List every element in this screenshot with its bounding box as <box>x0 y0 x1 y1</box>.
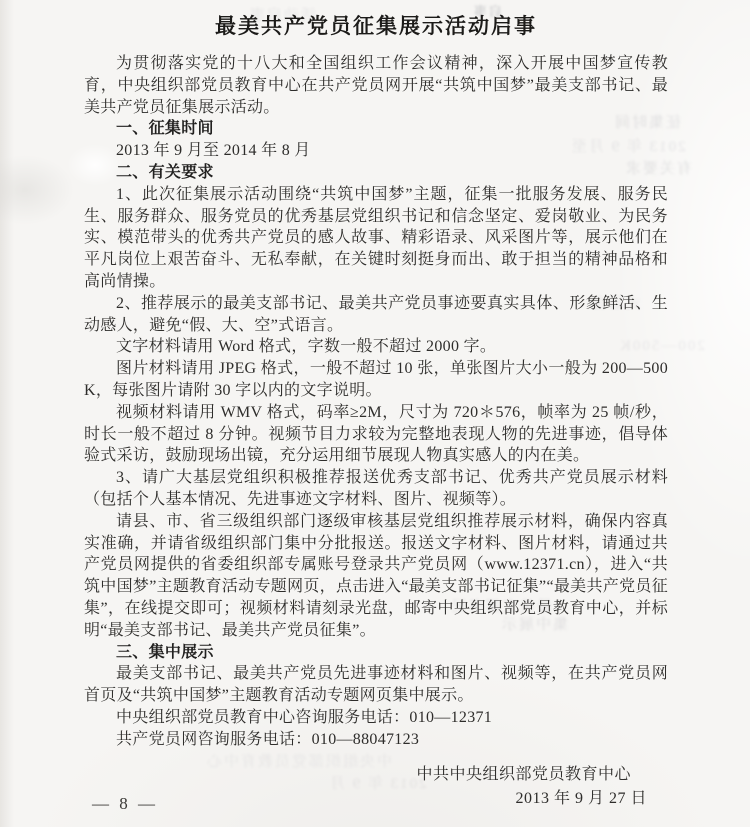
scanned-document-page: 活动启事 启事 征集时间 2013 年 9 月至 有关要求 式语言 200—50… <box>0 0 750 827</box>
requirement-item-2: 2、推荐展示的最美支部书记、最美共产党员事迹要真实具体、形象鲜活、生动感人，避免… <box>84 293 668 337</box>
section-heading-2: 二、有关要求 <box>84 162 668 184</box>
hotline-website: 共产党员网咨询服务电话：010—88047123 <box>84 729 668 751</box>
signature-date: 2013 年 9 月 27 日 <box>84 787 668 811</box>
hotline-center: 中央组织部党员教育中心咨询服务电话：010—12371 <box>84 707 668 729</box>
document-content: 最美共产党员征集展示活动启事 为贯彻落实党的十八大和全国组织工作会议精神，深入开… <box>84 6 668 811</box>
wmv-format-note: 视频材料请用 WMV 格式，码率≥2M，尺寸为 720＊576，帧率为 25 帧… <box>84 402 668 467</box>
jpeg-format-note: 图片材料请用 JPEG 格式，一般不超过 10 张，单张图片大小一般为 200—… <box>84 358 668 402</box>
section-heading-3: 三、集中展示 <box>84 642 668 664</box>
signature-block: 中共中央组织部党员教育中心 2013 年 9 月 27 日 <box>84 763 668 811</box>
page-number: — 8 — <box>92 794 158 814</box>
collection-period: 2013 年 9 月至 2014 年 8 月 <box>84 140 668 162</box>
word-format-note: 文字材料请用 Word 格式，字数一般不超过 2000 字。 <box>84 336 668 358</box>
signature-org: 中共中央组织部党员教育中心 <box>84 763 668 787</box>
requirement-item-3: 3、请广大基层党组织积极推荐报送优秀支部书记、优秀共产党员展示材料（包括个人基本… <box>84 467 668 511</box>
submission-procedure: 请县、市、省三级组织部门逐级审核基层党组织推荐展示材料，确保内容真实准确，并请省… <box>84 511 668 642</box>
requirement-item-1: 1、此次征集展示活动围绕“共筑中国梦”主题，征集一批服务发展、服务民生、服务群众… <box>84 184 668 293</box>
document-title: 最美共产党员征集展示活动启事 <box>84 10 668 40</box>
intro-paragraph: 为贯彻落实党的十八大和全国组织工作会议精神，深入开展中国梦宣传教育，中央组织部党… <box>84 53 668 118</box>
section-heading-1: 一、征集时间 <box>84 118 668 140</box>
display-description: 最美支部书记、最美共产党员先进事迹材料和图片、视频等，在共产党员网首页及“共筑中… <box>84 663 668 707</box>
